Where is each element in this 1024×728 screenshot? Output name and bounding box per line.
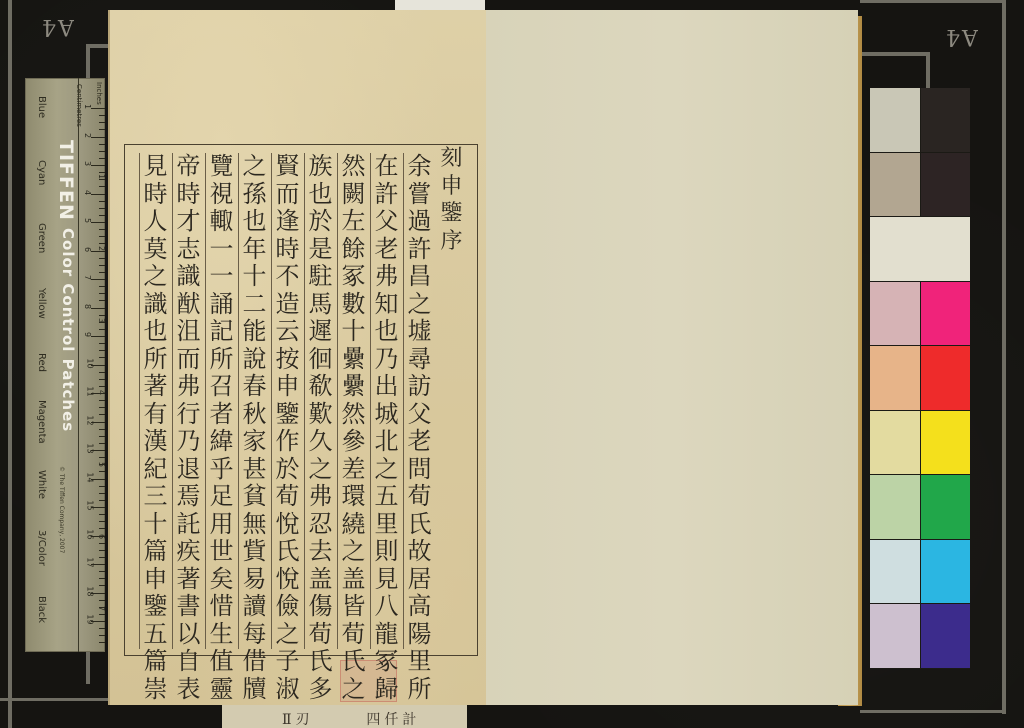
mm-tick — [99, 500, 105, 501]
character: 識 — [144, 291, 168, 319]
mm-tick — [99, 628, 105, 629]
character: 過 — [408, 208, 432, 236]
character: 子 — [276, 648, 300, 676]
color-patch-tint — [870, 411, 920, 476]
character: 世 — [210, 538, 234, 566]
cm-tick — [91, 336, 105, 337]
character: 退 — [177, 456, 201, 484]
character: 見 — [375, 566, 399, 594]
character: 篇 — [144, 648, 168, 676]
character: 鑒 — [440, 200, 462, 228]
character: 居 — [408, 566, 432, 594]
character: 借 — [243, 648, 267, 676]
cm-tick — [91, 165, 105, 166]
color-name-cyan: Cyan — [36, 160, 47, 185]
a4-mark-left: A4 — [40, 14, 74, 39]
mm-tick — [99, 208, 105, 209]
character: 出 — [375, 373, 399, 401]
character: 餘 — [342, 236, 366, 264]
character: 荀 — [408, 483, 432, 511]
character: 記 — [210, 318, 234, 346]
character: 著 — [144, 373, 168, 401]
mm-tick — [99, 471, 105, 472]
character: 一 — [210, 236, 234, 264]
character: 視 — [210, 181, 234, 209]
tiffen-brand-logo: TIFFEN — [55, 140, 77, 221]
character: 十 — [342, 318, 366, 346]
character: 氏 — [276, 538, 300, 566]
mm-tick — [99, 350, 105, 351]
character: 申 — [276, 373, 300, 401]
mm-tick — [99, 115, 105, 116]
cm-tick-label: 5 — [83, 218, 92, 223]
character: 里 — [408, 648, 432, 676]
character: 自 — [177, 648, 201, 676]
character: 鑒 — [144, 593, 168, 621]
character: 忍 — [309, 511, 333, 539]
color-patch-saturated — [920, 475, 970, 540]
character: 以 — [177, 621, 201, 649]
character: 問 — [408, 456, 432, 484]
character: 人 — [144, 208, 168, 236]
color-name-white: White — [36, 470, 47, 499]
character: 繞 — [342, 511, 366, 539]
character: 行 — [177, 401, 201, 429]
character: 之 — [309, 456, 333, 484]
character: 知 — [375, 291, 399, 319]
mm-tick — [99, 600, 105, 601]
character: 之 — [342, 538, 366, 566]
character: 族 — [309, 153, 333, 181]
mm-tick — [99, 436, 105, 437]
character: 悅 — [276, 511, 300, 539]
character: 秋 — [243, 401, 267, 429]
character: 不 — [276, 263, 300, 291]
cm-tick-label: 8 — [83, 303, 92, 308]
character: 盖 — [342, 566, 366, 594]
character: 焉 — [177, 483, 201, 511]
character: 值 — [210, 648, 234, 676]
mm-tick — [99, 614, 105, 615]
character: 荀 — [342, 621, 366, 649]
character: 之 — [243, 153, 267, 181]
character: 於 — [309, 208, 333, 236]
character: 申 — [440, 173, 462, 201]
character: 氏 — [309, 648, 333, 676]
mm-tick — [99, 543, 105, 544]
character: 老 — [375, 236, 399, 264]
character: 龍 — [375, 621, 399, 649]
color-control-patches — [870, 88, 972, 670]
character: 故 — [408, 538, 432, 566]
cm-tick — [91, 308, 105, 309]
mm-tick — [99, 151, 105, 152]
character: 書 — [177, 593, 201, 621]
cm-tick-label: 17 — [86, 557, 95, 567]
character: 歸 — [375, 676, 399, 704]
mm-tick — [99, 357, 105, 358]
character: 一 — [210, 263, 234, 291]
character: 高 — [408, 593, 432, 621]
color-name-black: Black — [36, 596, 47, 623]
character: 猷 — [177, 291, 201, 319]
character: 賢 — [276, 153, 300, 181]
character: 氏 — [342, 648, 366, 676]
character: 於 — [276, 456, 300, 484]
character: 崇 — [144, 676, 168, 704]
mm-tick — [99, 414, 105, 415]
color-patch-tint — [870, 540, 920, 605]
mm-tick — [99, 493, 105, 494]
character: 家 — [243, 428, 267, 456]
character: 牘 — [243, 676, 267, 704]
character: 之 — [408, 291, 432, 319]
character: 所 — [408, 676, 432, 704]
character: 尋 — [408, 346, 432, 374]
cm-tick-label: 18 — [86, 586, 95, 596]
character: 三 — [144, 483, 168, 511]
character: 貲 — [243, 538, 267, 566]
character: 十 — [144, 511, 168, 539]
character: 靈 — [210, 676, 234, 704]
character: 十 — [243, 263, 267, 291]
character: 二 — [243, 291, 267, 319]
a4-mark-right: A4 — [944, 24, 978, 49]
cm-tick-label: 6 — [83, 246, 92, 251]
mm-tick — [99, 186, 105, 187]
cm-tick-label: 15 — [86, 500, 95, 510]
cm-tick-label: 13 — [86, 443, 95, 453]
character: 矣 — [210, 566, 234, 594]
character: 託 — [177, 511, 201, 539]
mm-tick — [99, 514, 105, 515]
ruler-copyright: © The Tiffen Company, 2007 — [58, 466, 65, 553]
character: 參 — [342, 428, 366, 456]
character: 纍 — [342, 346, 366, 374]
character: 之 — [342, 676, 366, 704]
character: 駐 — [309, 263, 333, 291]
character: 然 — [342, 153, 366, 181]
mm-tick — [99, 293, 105, 294]
mm-tick — [99, 521, 105, 522]
character: 許 — [408, 236, 432, 264]
frame-line-bottom — [0, 698, 110, 701]
character: 著 — [177, 566, 201, 594]
mm-tick — [99, 372, 105, 373]
mm-tick — [99, 229, 105, 230]
cm-tick-label: 10 — [86, 358, 95, 368]
mm-tick — [99, 258, 105, 259]
character: 鑒 — [276, 401, 300, 429]
character: 覽 — [210, 153, 234, 181]
color-patch-tint — [870, 153, 920, 218]
mm-tick — [99, 550, 105, 551]
mm-tick — [99, 243, 105, 244]
color-name-3color: 3/Color — [36, 530, 47, 566]
character: 紀 — [144, 456, 168, 484]
character: 篇 — [144, 538, 168, 566]
character: 疾 — [177, 538, 201, 566]
character: 惜 — [210, 593, 234, 621]
color-name-yellow: Yellow — [36, 288, 47, 319]
mm-tick — [99, 144, 105, 145]
frame-line-right-top — [858, 52, 930, 56]
character: 表 — [177, 676, 201, 704]
mm-tick — [99, 407, 105, 408]
color-name-red: Red — [36, 353, 47, 372]
character: 讀 — [243, 593, 267, 621]
character: 生 — [210, 621, 234, 649]
mm-tick — [99, 578, 105, 579]
character: 也 — [243, 208, 267, 236]
mm-tick — [99, 571, 105, 572]
mm-tick — [99, 215, 105, 216]
character: 者 — [210, 401, 234, 429]
mm-tick — [99, 429, 105, 430]
ruler-title: Color Control Patches — [59, 228, 77, 432]
mm-tick — [99, 343, 105, 344]
character: 盖 — [309, 566, 333, 594]
color-patch-white — [870, 217, 970, 282]
character: 時 — [177, 181, 201, 209]
color-patch-saturated — [920, 540, 970, 605]
color-name-blue: Blue — [36, 96, 47, 118]
frame-line-right-bottom — [860, 710, 1006, 713]
text-column: 帝時才志識猷沮而弗行乃退焉託疾著書以自表 — [172, 153, 204, 649]
character: 甚 — [243, 456, 267, 484]
character: 然 — [342, 401, 366, 429]
color-patch-tint — [870, 346, 920, 411]
mm-tick — [99, 315, 105, 316]
character: 刻 — [440, 145, 462, 173]
character: 訪 — [408, 373, 432, 401]
mm-tick — [99, 179, 105, 180]
character: 年 — [243, 236, 267, 264]
character: 所 — [144, 346, 168, 374]
text-column: 在許父老弗知也乃出城北之五里則見八龍冢歸 — [370, 153, 402, 649]
color-patch-saturated — [920, 604, 970, 669]
ruler-centimetres-label: Centimetres — [75, 84, 83, 127]
character: 乃 — [375, 346, 399, 374]
character: 召 — [210, 373, 234, 401]
character: 弗 — [309, 483, 333, 511]
character: 父 — [375, 208, 399, 236]
character: 說 — [243, 346, 267, 374]
mm-tick — [99, 300, 105, 301]
character: 環 — [342, 483, 366, 511]
character: 之 — [276, 621, 300, 649]
cm-tick-label: 1 — [83, 104, 92, 109]
character: 才 — [177, 208, 201, 236]
character: 老 — [408, 428, 432, 456]
character: 纍 — [342, 373, 366, 401]
mm-tick — [99, 236, 105, 237]
character: 余 — [408, 153, 432, 181]
cm-tick — [91, 279, 105, 280]
cm-tick-label: 3 — [83, 161, 92, 166]
character: 序 — [440, 228, 462, 256]
cm-tick-label: 4 — [83, 189, 92, 194]
mm-tick — [99, 379, 105, 380]
character: 去 — [309, 538, 333, 566]
character: 數 — [342, 291, 366, 319]
color-patch-saturated — [920, 346, 970, 411]
character: 八 — [375, 593, 399, 621]
right-page-blank — [485, 10, 858, 705]
character: 乎 — [210, 456, 234, 484]
mm-tick — [99, 329, 105, 330]
cm-tick-label: 19 — [86, 614, 95, 624]
character: 時 — [276, 236, 300, 264]
ruler-inches-label: Inches — [95, 82, 103, 105]
character: 父 — [408, 401, 432, 429]
character: 孫 — [243, 181, 267, 209]
inch-tick-label: 1 — [97, 174, 106, 179]
frame-line-right-edge — [1002, 0, 1006, 714]
character: 而 — [177, 346, 201, 374]
cm-tick — [91, 108, 105, 109]
color-patch-saturated — [920, 153, 970, 218]
character: 也 — [375, 318, 399, 346]
mm-tick — [99, 158, 105, 159]
color-name-green: Green — [36, 223, 47, 253]
character: 荀 — [276, 483, 300, 511]
character: 荀 — [309, 621, 333, 649]
character: 每 — [243, 621, 267, 649]
mm-tick — [99, 286, 105, 287]
character: 莫 — [144, 236, 168, 264]
mm-tick — [99, 122, 105, 123]
frame-line-left-edge — [8, 0, 12, 728]
character: 時 — [144, 181, 168, 209]
character: 在 — [375, 153, 399, 181]
character: 悅 — [276, 566, 300, 594]
mm-tick — [99, 400, 105, 401]
character: 氏 — [408, 511, 432, 539]
mm-tick — [99, 201, 105, 202]
character: 逢 — [276, 208, 300, 236]
character: 足 — [210, 483, 234, 511]
cm-tick-label: 9 — [83, 332, 92, 337]
mm-tick — [99, 528, 105, 529]
character: 五 — [375, 483, 399, 511]
cm-tick-label: 2 — [83, 132, 92, 137]
character: 也 — [309, 181, 333, 209]
color-name-magenta: Magenta — [36, 400, 47, 444]
character: 乃 — [177, 428, 201, 456]
color-patch-tint — [870, 88, 920, 153]
tiffen-ruler: Centimetres Inches TIFFEN Color Control … — [25, 78, 105, 652]
text-column: 之孫也年十二能說春秋家甚貧無貲易讀每借牘 — [238, 153, 270, 649]
character: 儉 — [276, 593, 300, 621]
character: 能 — [243, 318, 267, 346]
character: 春 — [243, 373, 267, 401]
character: 欷 — [309, 373, 333, 401]
character: 里 — [375, 511, 399, 539]
character: 無 — [243, 511, 267, 539]
mm-tick — [99, 129, 105, 130]
character: 淑 — [276, 676, 300, 704]
mm-tick — [99, 457, 105, 458]
text-column: 族也於是駐馬遲徊欷歎久之弗忍去盖傷荀氏多 — [304, 153, 336, 649]
character: 緯 — [210, 428, 234, 456]
character: 漢 — [144, 428, 168, 456]
frame-line-top-right — [860, 0, 1006, 3]
character: 冢 — [375, 648, 399, 676]
character: 差 — [342, 456, 366, 484]
color-patch-saturated — [920, 282, 970, 347]
character: 歎 — [309, 401, 333, 429]
character: 誦 — [210, 291, 234, 319]
character: 而 — [276, 181, 300, 209]
color-patch-saturated — [920, 411, 970, 476]
character: 志 — [177, 236, 201, 264]
character: 之 — [144, 263, 168, 291]
cm-tick-label: 16 — [86, 529, 95, 539]
preface-title-column: 刻申鑒序 — [436, 145, 467, 641]
character: 五 — [144, 621, 168, 649]
text-column: 賢而逢時不造云按申鑒作於荀悅氏悅儉之子淑 — [271, 153, 303, 649]
color-patch-saturated — [920, 88, 970, 153]
character: 造 — [276, 291, 300, 319]
mm-tick — [99, 585, 105, 586]
cm-tick — [91, 137, 105, 138]
character: 昌 — [408, 263, 432, 291]
cm-tick — [91, 194, 105, 195]
inch-tick-label: 6 — [97, 534, 106, 539]
character: 傷 — [309, 593, 333, 621]
character: 易 — [243, 566, 267, 594]
mm-tick — [99, 486, 105, 487]
mm-tick — [99, 557, 105, 558]
character: 是 — [309, 236, 333, 264]
character: 徊 — [309, 346, 333, 374]
character: 所 — [210, 346, 234, 374]
character: 馬 — [309, 291, 333, 319]
character: 有 — [144, 401, 168, 429]
character: 嘗 — [408, 181, 432, 209]
character: 皆 — [342, 593, 366, 621]
inch-tick-label: 2 — [97, 246, 106, 251]
color-patch-tint — [870, 475, 920, 540]
printed-text-frame: 刻申鑒序余嘗過許昌之墟尋訪父老問荀氏故居高陽里所在許父老弗知也乃出城北之五里則見… — [124, 144, 478, 656]
character: 弗 — [177, 373, 201, 401]
character: 北 — [375, 428, 399, 456]
inch-tick-label: 3 — [97, 318, 106, 323]
mm-tick — [99, 272, 105, 273]
character: 識 — [177, 263, 201, 291]
character: 墟 — [408, 318, 432, 346]
character: 則 — [375, 538, 399, 566]
mm-tick — [99, 386, 105, 387]
character: 按 — [276, 346, 300, 374]
inch-tick-label: 5 — [97, 462, 106, 467]
inch-tick-label: 7 — [97, 606, 106, 611]
character: 許 — [375, 181, 399, 209]
mm-tick — [99, 635, 105, 636]
color-patch-tint — [870, 604, 920, 669]
left-page: 刻申鑒序余嘗過許昌之墟尋訪父老問荀氏故居高陽里所在許父老弗知也乃出城北之五里則見… — [108, 10, 486, 705]
mm-tick — [99, 642, 105, 643]
character: 陽 — [408, 621, 432, 649]
cm-tick-label: 12 — [86, 415, 95, 425]
character: 闕 — [342, 181, 366, 209]
paper-slip-bottom: Ⅱ刃 四仟計 — [222, 705, 467, 728]
character: 久 — [309, 428, 333, 456]
character: 多 — [309, 676, 333, 704]
cm-tick-label: 14 — [86, 472, 95, 482]
character: 沮 — [177, 318, 201, 346]
